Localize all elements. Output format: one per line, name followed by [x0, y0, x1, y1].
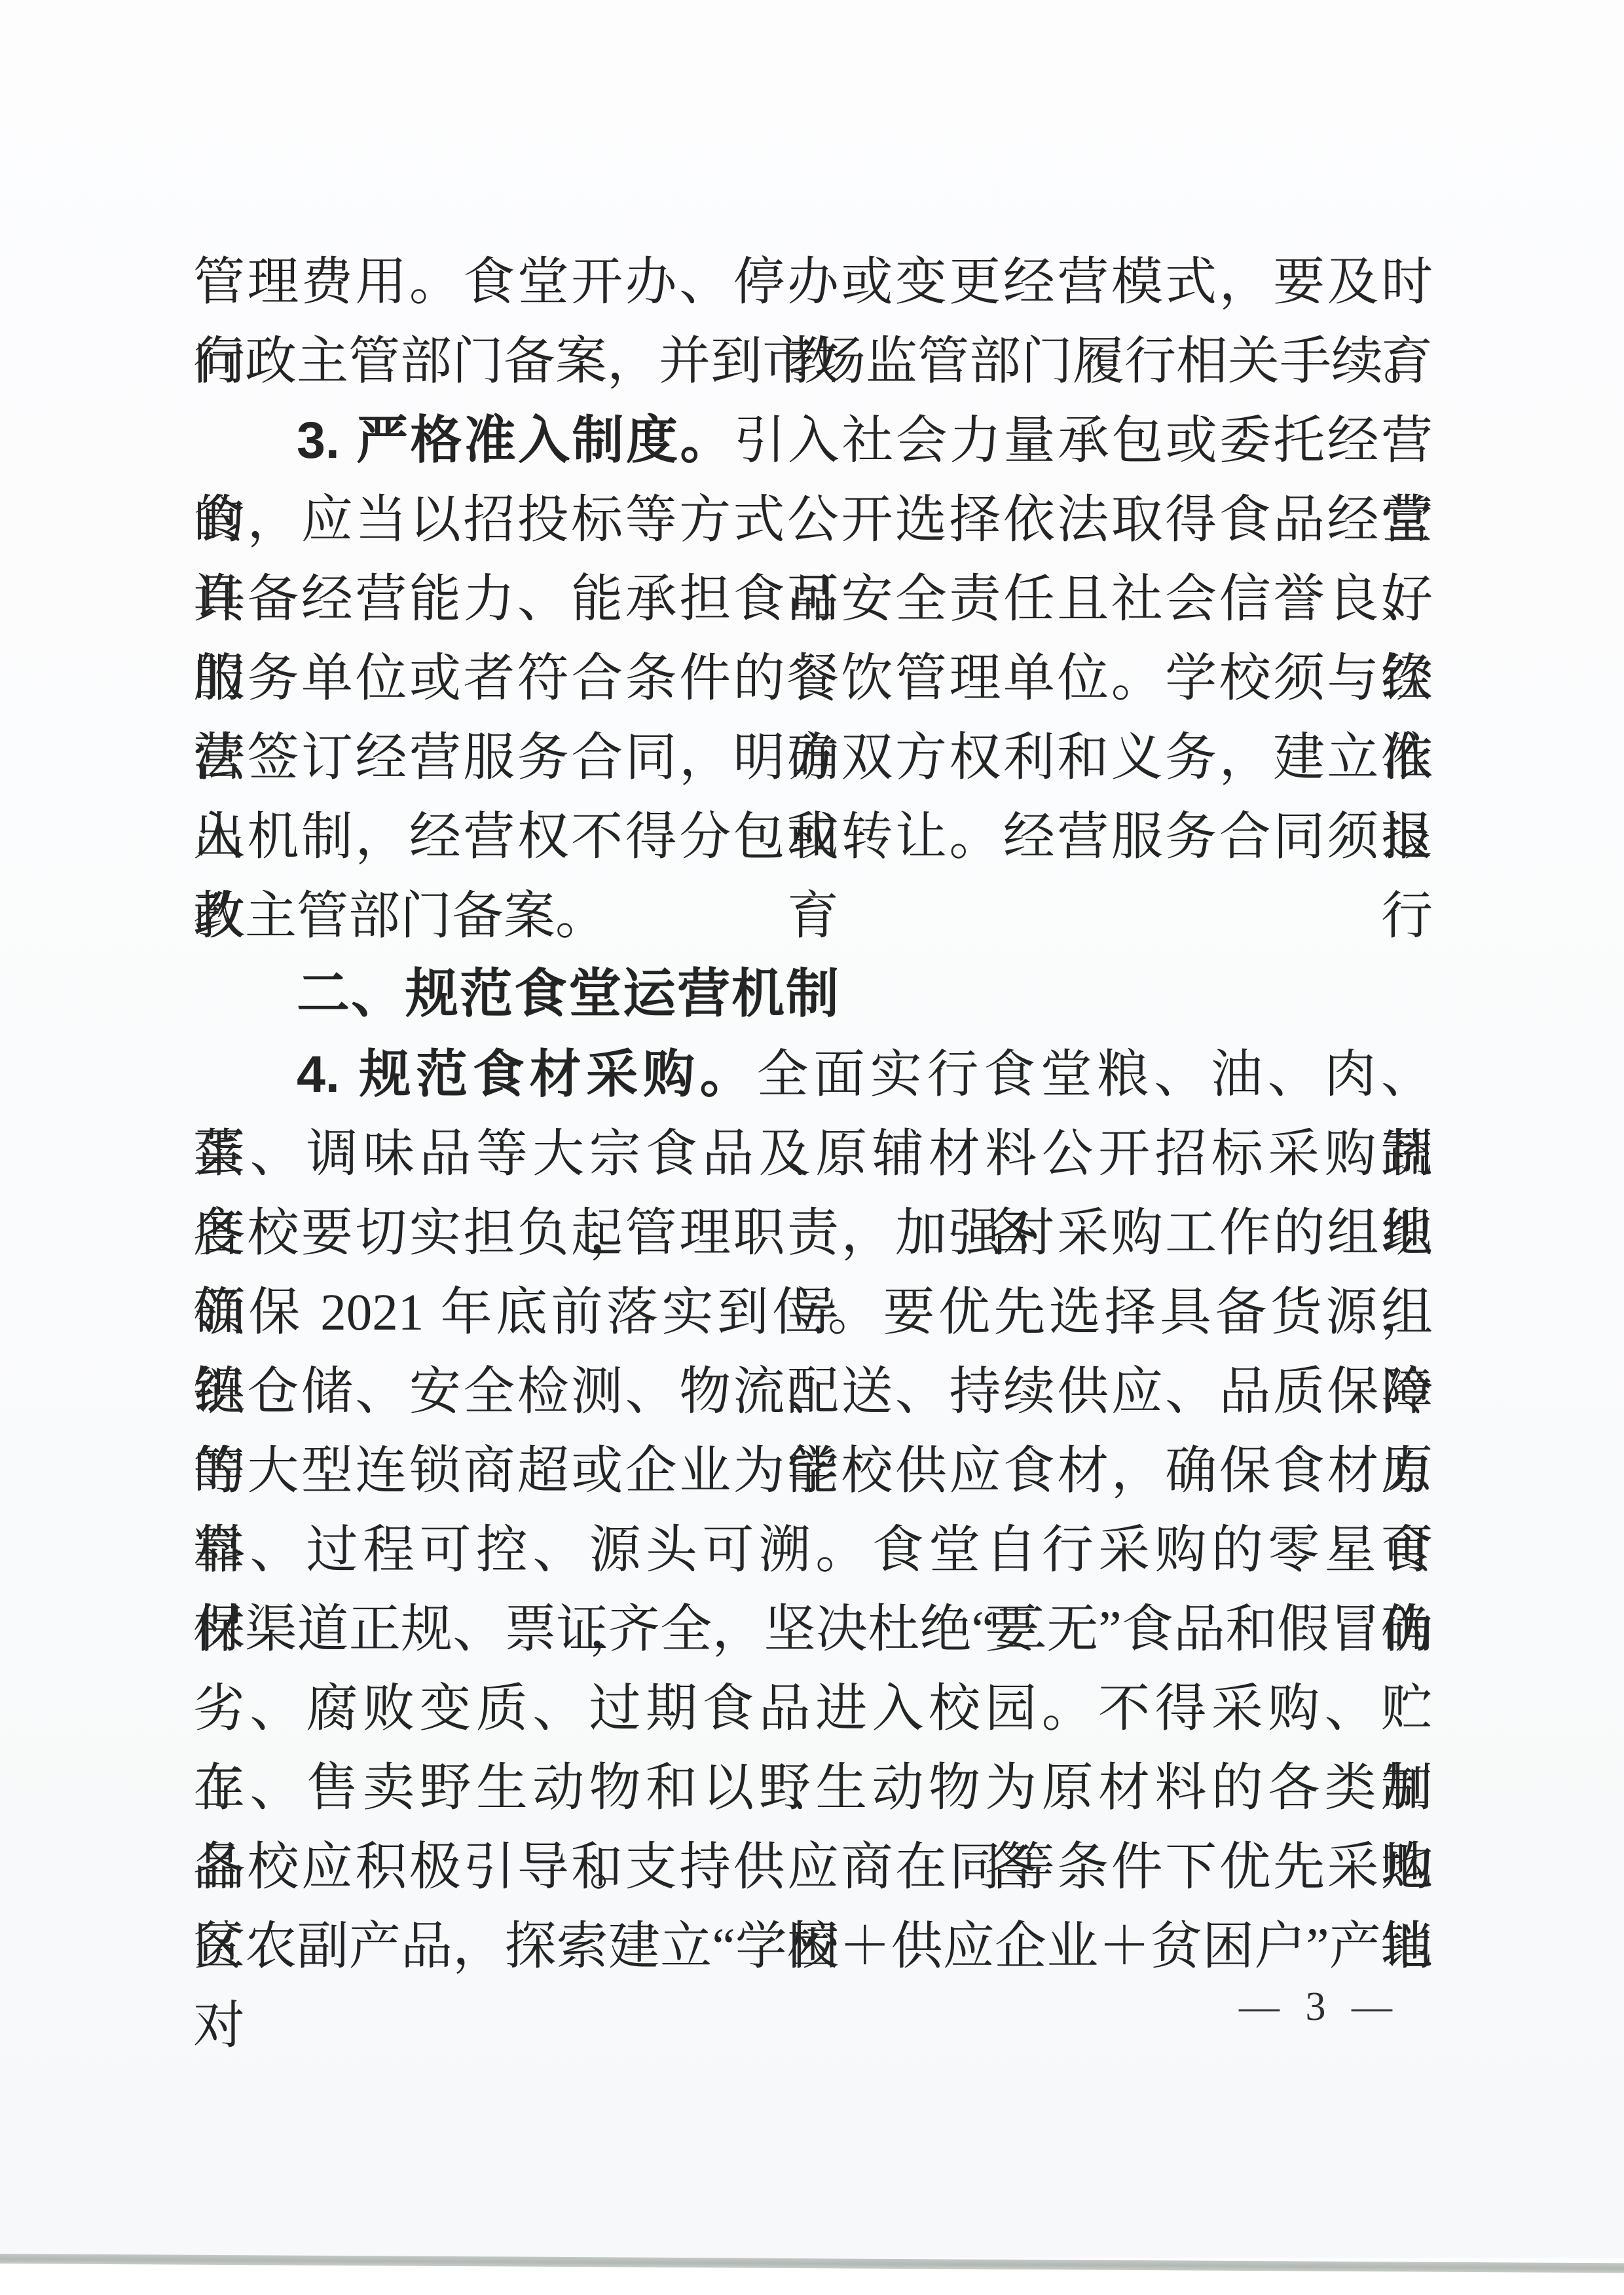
text-line: 法签订经营服务合同，明确双方权利和义务，建立准入和退: [193, 717, 1433, 796]
text-line-paragraph-start: 4. 规范食材采购。全面实行食堂粮、油、肉、蛋、蔬: [193, 1034, 1433, 1113]
paragraph-number-title: 3. 严格准入制度。: [297, 411, 734, 469]
text-line: 菜、调味品等大宗食品及原辅材料公开招标采购制度，各地: [193, 1113, 1433, 1193]
line-text: 行政主管部门备案，并到市场监管部门履行相关手续。: [193, 333, 1435, 390]
text-line-paragraph-start: 3. 严格准入制度。引入社会力量承包或委托经营食堂: [193, 400, 1433, 479]
line-text: 保渠道正规、票证齐全，坚决杜绝“三无”食品和假冒伪: [193, 1601, 1433, 1658]
text-line: 服务单位或者符合条件的餐饮管理单位。学校须与经营方依: [193, 638, 1433, 717]
document-body: 管理费用。食堂开办、停办或变更经营模式，要及时向教育 行政主管部门备案，并到市场…: [193, 242, 1433, 1985]
text-line: 具备经营能力、能承担食品安全责任且社会信誉良好的餐饮: [193, 559, 1433, 638]
scanned-page: 管理费用。食堂开办、停办或变更经营模式，要及时向教育 行政主管部门备案，并到市场…: [0, 0, 1624, 2258]
text-line: 出机制，经营权不得分包或转让。经营服务合同须报教育行: [193, 796, 1433, 876]
section-heading: 二、规范食堂运营机制: [193, 955, 1433, 1034]
line-text: 政主管部门备案。: [193, 888, 607, 945]
text-line: 的，应当以招投标等方式公开选择依法取得食品经营许可、: [193, 479, 1433, 559]
text-line: 各校应积极引导和支持供应商在同等条件下优先采购贫困地: [193, 1827, 1433, 1906]
text-line: 各校要切实担负起管理职责，加强对采购工作的组织领导，: [193, 1193, 1433, 1272]
text-line: 工、售卖野生动物和以野生动物为原材料的各类制品。各地: [193, 1747, 1433, 1827]
text-line: 靠、过程可控、源头可溯。食堂自行采购的零星食材，要确: [193, 1510, 1433, 1589]
section-heading-text: 二、规范食堂运营机制: [297, 965, 840, 1024]
text-line: 确保 2021 年底前落实到位。要优先选择具备货源组织、冷: [193, 1272, 1433, 1351]
text-line: 管理费用。食堂开办、停办或变更经营模式，要及时向教育: [193, 242, 1433, 321]
page-number: — 3 —: [1239, 1983, 1400, 2030]
text-line: 链仓储、安全检测、物流配送、持续供应、品质保障等能力: [193, 1351, 1433, 1430]
text-line: 行政主管部门备案，并到市场监管部门履行相关手续。: [193, 321, 1433, 400]
text-line: 保渠道正规、票证齐全，坚决杜绝“三无”食品和假冒伪: [193, 1589, 1433, 1668]
text-line: 区农副产品，探索建立“学校＋供应企业＋贫困户”产销对: [193, 1906, 1433, 1985]
text-line: 劣、腐败变质、过期食品进入校园。不得采购、贮存、加: [193, 1668, 1433, 1747]
text-line: 的大型连锁商超或企业为学校供应食材，确保食材原料可: [193, 1430, 1433, 1510]
paragraph-number-title: 4. 规范食材采购。: [297, 1045, 756, 1103]
